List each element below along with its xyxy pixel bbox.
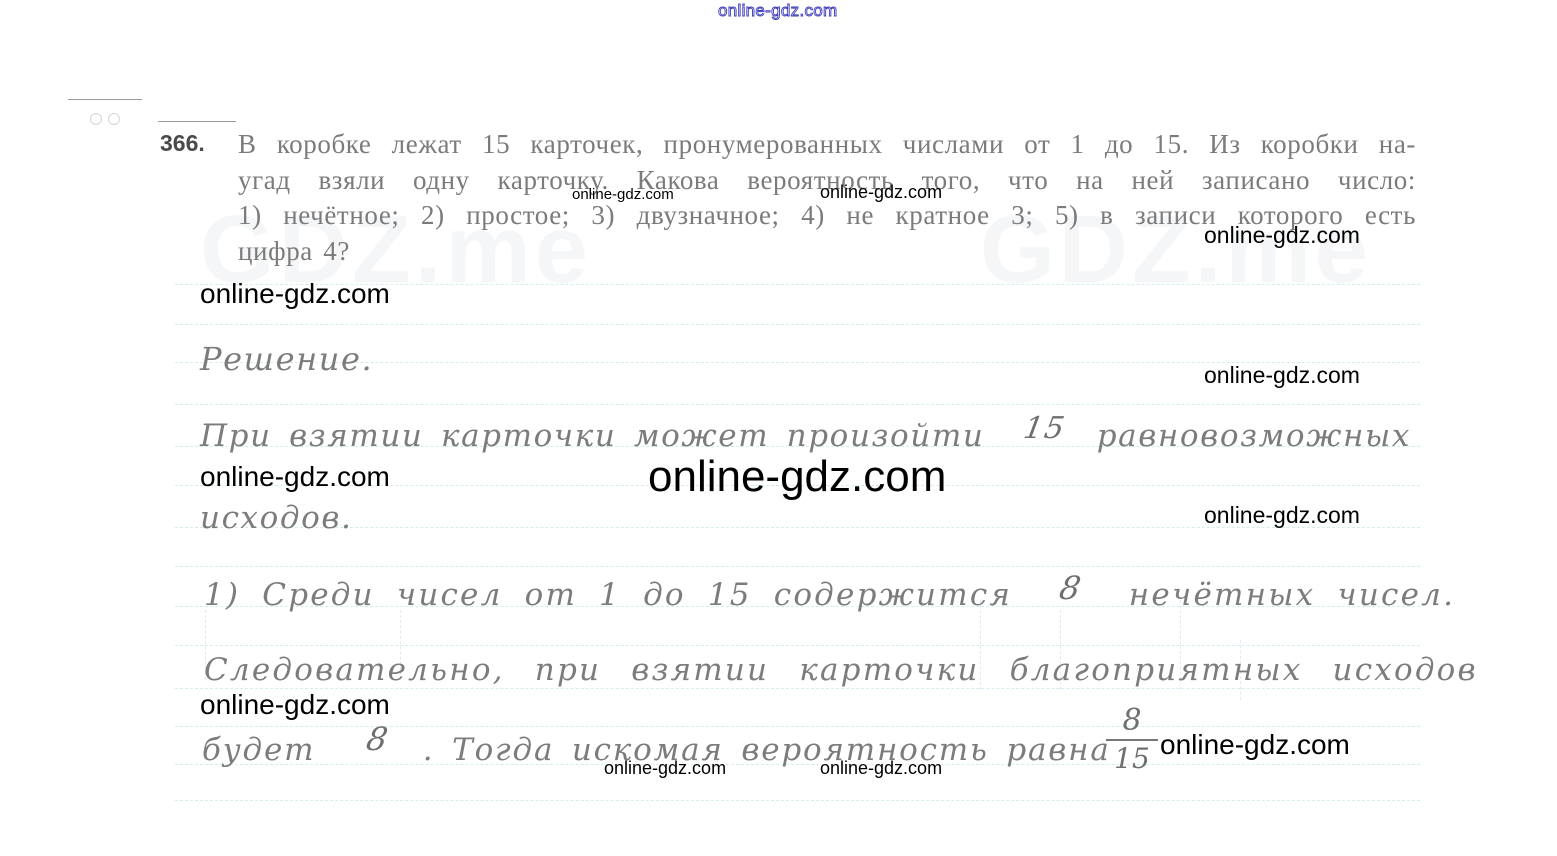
watermark: online-gdz.com: [1204, 222, 1360, 249]
watermark-large: online-gdz.com: [648, 452, 946, 502]
watermark: online-gdz.com: [200, 278, 390, 310]
answer-fraction: 8 15: [1106, 706, 1158, 774]
solution-text: будет: [202, 732, 315, 768]
solution-text: 1) Среди чисел от 1 до 15 содержится: [204, 577, 1012, 613]
watermark: online-gdz.com: [820, 758, 942, 779]
watermark: online-gdz.com: [604, 758, 726, 779]
solution-line-3: 1) Среди чисел от 1 до 15 содержится 8 н…: [204, 575, 1455, 613]
solution-text: При взятии карточки может произойти: [200, 418, 984, 454]
site-header-watermark: online-gdz.com: [718, 1, 837, 21]
header-rule: [68, 99, 142, 100]
fraction-numerator: 8: [1106, 706, 1158, 736]
solution-text: нечётных чисел.: [1129, 577, 1455, 613]
problem-line: В коробке лежат 15 карточек, пронумерова…: [238, 127, 1416, 163]
grid-line: [175, 324, 1420, 325]
watermark: online-gdz.com: [200, 461, 390, 493]
solution-text: равновозможных: [1097, 418, 1411, 454]
watermark: online-gdz.com: [1204, 362, 1360, 389]
solution-text: . Тогда искомая вероятность равна: [423, 732, 1111, 768]
solution-heading: Решение.: [200, 340, 373, 378]
watermark: online-gdz.com: [1204, 502, 1360, 529]
header-rule: [158, 121, 236, 122]
handwritten-value: 8: [1057, 569, 1086, 607]
problem-number: 366.: [160, 130, 205, 157]
watermark: online-gdz.com: [200, 689, 390, 721]
watermark: online-gdz.com: [572, 186, 674, 203]
grid-line: [175, 726, 1420, 727]
fraction-bar: [1106, 739, 1158, 741]
grid-line: [175, 645, 1420, 646]
solution-line-1: При взятии карточки может произойти 15 р…: [200, 418, 1411, 454]
grid-line: [175, 566, 1420, 567]
grid-line: [175, 404, 1420, 405]
watermark: online-gdz.com: [1160, 729, 1350, 761]
handwritten-value: 15: [1021, 411, 1069, 446]
decorative-circles-icon: [90, 110, 126, 129]
solution-line-4: Следовательно, при взятии карточки благо…: [204, 652, 1478, 688]
fraction-denominator: 15: [1106, 744, 1158, 774]
grid-line: [175, 800, 1420, 801]
watermark: online-gdz.com: [820, 182, 942, 203]
solution-line-2: исходов.: [200, 500, 352, 536]
